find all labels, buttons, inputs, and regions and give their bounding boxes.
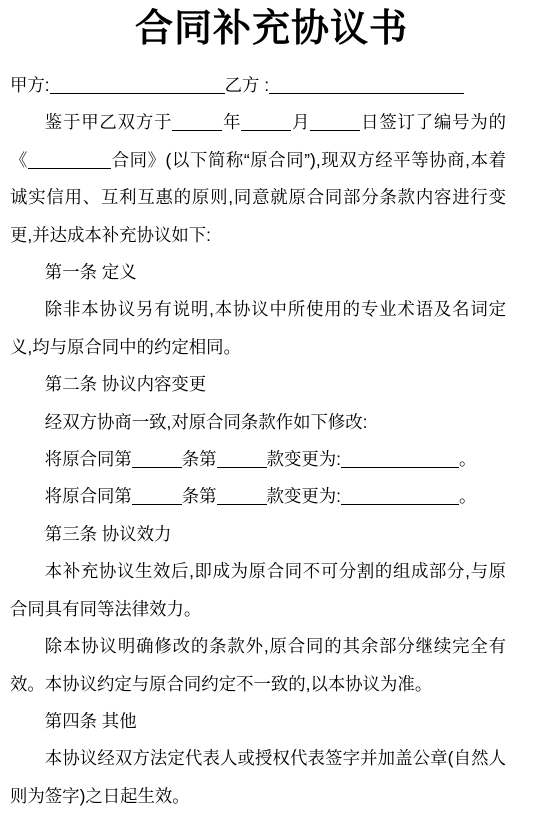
article3-heading: 第三条 协议效力 bbox=[10, 516, 506, 553]
amendment-2-clause-blank-field bbox=[132, 503, 182, 505]
intro-text-5: 合同》(以下简称“原合同”),现双方经平等协商,本着诚实信用、互利互惠的原则,同… bbox=[10, 150, 506, 245]
amendment-1-content-blank-field bbox=[341, 466, 459, 468]
amendment-2-content-blank-field bbox=[341, 503, 459, 505]
day-blank-field bbox=[310, 129, 360, 131]
year-blank-field bbox=[172, 129, 222, 131]
article3-body-1: 本补充协议生效后,即成为原合同不可分割的组成部分,与原合同具有同等法律效力。 bbox=[10, 553, 506, 628]
intro-paragraph: 鉴于甲乙双方于年月日签订了编号为的《合同》(以下简称“原合同”),现双方经平等协… bbox=[10, 104, 506, 254]
article2-lead: 经双方协商一致,对原合同条款作如下修改: bbox=[10, 404, 506, 441]
party-a-label: 甲方: bbox=[10, 75, 50, 95]
party-a-blank-field bbox=[50, 92, 225, 94]
parties-line: 甲方:乙方 : bbox=[10, 67, 506, 104]
amendment-2-text-2: 条第 bbox=[182, 486, 217, 506]
document-title: 合同补充协议书 bbox=[0, 4, 543, 54]
contract-document: 合同补充协议书 甲方:乙方 : 鉴于甲乙双方于年月日签订了编号为的《合同》(以下… bbox=[0, 0, 543, 815]
amendment-2-text-3: 款变更为: bbox=[267, 486, 341, 506]
article4-heading: 第四条 其他 bbox=[10, 703, 506, 740]
article4-body: 本协议经双方法定代表人或授权代表签字并加盖公章(自然人则为签字)之日起生效。 bbox=[10, 740, 506, 815]
amendment-line-1: 将原合同第条第款变更为:。 bbox=[10, 441, 506, 478]
month-blank-field bbox=[241, 129, 291, 131]
amendment-1-item-blank-field bbox=[217, 466, 267, 468]
article3-body-2: 除本协议明确修改的条款外,原合同的其余部分继续完全有效。本协议约定与原合同约定不… bbox=[10, 628, 506, 703]
article2-heading: 第二条 协议内容变更 bbox=[10, 366, 506, 403]
amendment-1-clause-blank-field bbox=[132, 466, 182, 468]
amendment-1-text-2: 条第 bbox=[182, 449, 217, 469]
party-b-label: 乙方 : bbox=[225, 75, 269, 95]
amendment-1-text-4: 。 bbox=[459, 449, 476, 469]
amendment-2-item-blank-field bbox=[217, 503, 267, 505]
amendment-1-text-3: 款变更为: bbox=[267, 449, 341, 469]
party-b-blank-field bbox=[269, 92, 464, 94]
contract-name-blank-field bbox=[28, 167, 111, 169]
amendment-1-text-1: 将原合同第 bbox=[45, 449, 132, 469]
amendment-2-text-1: 将原合同第 bbox=[45, 486, 132, 506]
article1-body: 除非本协议另有说明,本协议中所使用的专业术语及名词定义,均与原合同中的约定相同。 bbox=[10, 291, 506, 366]
intro-text-3: 月 bbox=[291, 112, 310, 132]
amendment-2-text-4: 。 bbox=[459, 486, 476, 506]
amendment-line-2: 将原合同第条第款变更为:。 bbox=[10, 478, 506, 515]
article1-heading: 第一条 定义 bbox=[10, 254, 506, 291]
intro-text-2: 年 bbox=[222, 112, 241, 132]
intro-text-1: 鉴于甲乙双方于 bbox=[45, 112, 172, 132]
